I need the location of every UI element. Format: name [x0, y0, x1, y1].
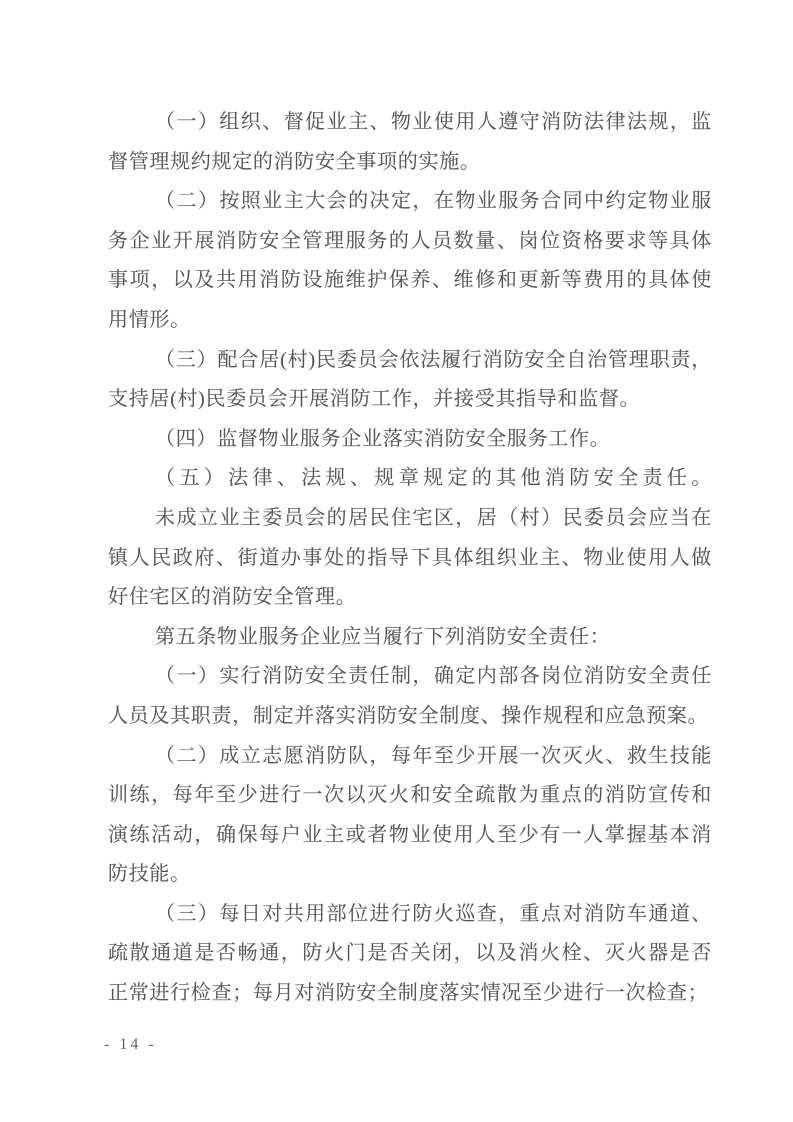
- text-line: 务企业开展消防安全管理服务的人员数量、岗位资格要求等具体: [108, 222, 712, 262]
- text-line: 支持居(村)民委员会开展消防工作，并接受其指导和监督。: [108, 380, 712, 420]
- paragraph: （一）组织、督促业主、物业使用人遵守消防法律法规，监督管理规约规定的消防安全事项…: [108, 103, 712, 182]
- text-line: 训练，每年至少进行一次以灭火和安全疏散为重点的消防宣传和: [108, 776, 712, 816]
- text-line: （二）按照业主大会的决定，在物业服务合同中约定物业服: [108, 182, 712, 222]
- text-line: 疏散通道是否畅通，防火门是否关闭，以及消火栓、灭火器是否: [108, 934, 712, 974]
- text-line: （一）实行消防安全责任制，确定内部各岗位消防安全责任: [108, 657, 712, 697]
- text-line: 防技能。: [108, 855, 712, 895]
- paragraph: （五）法律、法规、规章规定的其他消防安全责任。: [108, 459, 712, 499]
- text-line: 第五条物业服务企业应当履行下列消防安全责任：: [108, 618, 712, 658]
- paragraph: 第五条物业服务企业应当履行下列消防安全责任：: [108, 618, 712, 658]
- text-line: （三）每日对共用部位进行防火巡查，重点对消防车通道、: [108, 895, 712, 935]
- text-line: 事项，以及共用消防设施维护保养、维修和更新等费用的具体使: [108, 261, 712, 301]
- paragraph: （三）每日对共用部位进行防火巡查，重点对消防车通道、疏散通道是否畅通，防火门是否…: [108, 895, 712, 1014]
- paragraph: （四）监督物业服务企业落实消防安全服务工作。: [108, 420, 712, 460]
- paragraph: （三）配合居(村)民委员会依法履行消防安全自治管理职责，支持居(村)民委员会开展…: [108, 341, 712, 420]
- text-line: 用情形。: [108, 301, 712, 341]
- text-line: 镇人民政府、街道办事处的指导下具体组织业主、物业使用人做: [108, 539, 712, 579]
- text-line: 演练活动，确保每户业主或者物业使用人至少有一人掌握基本消: [108, 816, 712, 856]
- paragraph: （一）实行消防安全责任制，确定内部各岗位消防安全责任人员及其职责，制定并落实消防…: [108, 657, 712, 736]
- paragraph: （二）成立志愿消防队，每年至少开展一次灭火、救生技能训练，每年至少进行一次以灭火…: [108, 737, 712, 895]
- document-body: （一）组织、督促业主、物业使用人遵守消防法律法规，监督管理规约规定的消防安全事项…: [108, 103, 712, 1014]
- text-line: 督管理规约规定的消防安全事项的实施。: [108, 143, 712, 183]
- text-line: （二）成立志愿消防队，每年至少开展一次灭火、救生技能: [108, 737, 712, 777]
- text-line: 未成立业主委员会的居民住宅区，居（村）民委员会应当在: [108, 499, 712, 539]
- text-line: （三）配合居(村)民委员会依法履行消防安全自治管理职责，: [108, 341, 712, 381]
- text-line: （五）法律、法规、规章规定的其他消防安全责任。: [108, 459, 712, 499]
- paragraph: （二）按照业主大会的决定，在物业服务合同中约定物业服务企业开展消防安全管理服务的…: [108, 182, 712, 340]
- text-line: 好住宅区的消防安全管理。: [108, 578, 712, 618]
- document-page: （一）组织、督促业主、物业使用人遵守消防法律法规，监督管理规约规定的消防安全事项…: [0, 0, 793, 1122]
- text-line: 人员及其职责，制定并落实消防安全制度、操作规程和应急预案。: [108, 697, 712, 737]
- page-number: - 14 -: [104, 1036, 157, 1054]
- text-line: （四）监督物业服务企业落实消防安全服务工作。: [108, 420, 712, 460]
- paragraph: 未成立业主委员会的居民住宅区，居（村）民委员会应当在镇人民政府、街道办事处的指导…: [108, 499, 712, 618]
- text-line: 正常进行检查；每月对消防安全制度落实情况至少进行一次检查；: [108, 974, 712, 1014]
- text-line: （一）组织、督促业主、物业使用人遵守消防法律法规，监: [108, 103, 712, 143]
